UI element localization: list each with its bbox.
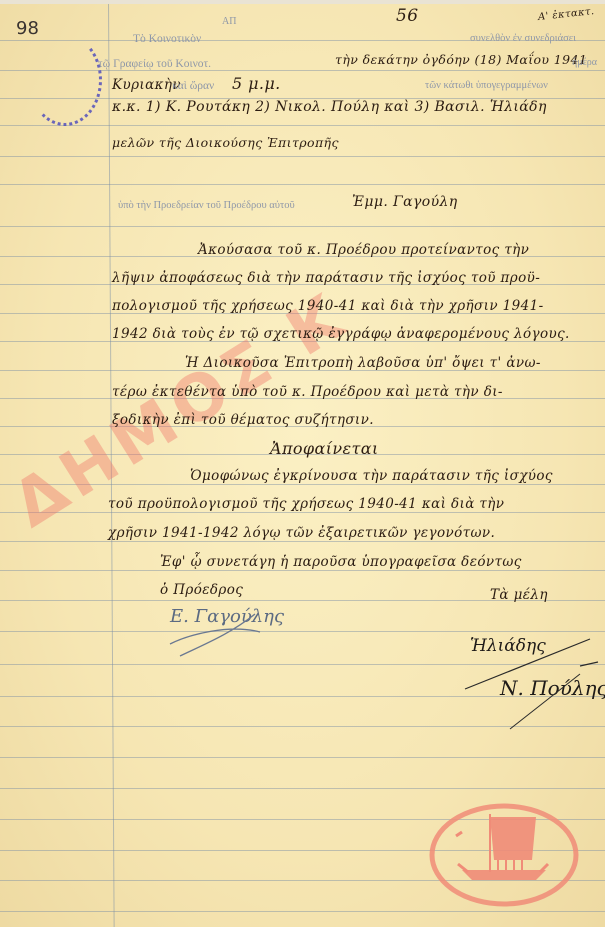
paragraph1-line4: 1942 διὰ τοὺς ἐν τῷ σχετικῷ ἐγγράφῳ ἀναφ… — [112, 326, 570, 342]
president-label: ὁ Πρόεδρος — [160, 582, 243, 598]
printed-undersigned-label: τῶν κάτωθι ὑπογεγραμμένων — [425, 80, 548, 91]
page-number: 98 — [16, 18, 39, 39]
paragraph3-line1: Ὁμοφώνως ἐγκρίνουσα τὴν παράτασιν τῆς ἰσ… — [190, 468, 553, 484]
blue-seal-stamp-icon — [28, 34, 102, 126]
member-signatures-strokes — [460, 634, 600, 734]
ship-stamp-icon — [428, 802, 580, 908]
handwritten-session-type: Α' ἐκτακτ. — [538, 6, 595, 23]
decision-heading: Ἀποφαίνεται — [270, 439, 379, 458]
printed-day-label: ἡμέρα — [572, 57, 597, 68]
handwritten-date: τὴν δεκάτην ὀγδόην (18) Μαΐου 1941 — [335, 52, 587, 67]
printed-header-top: ΑΠ — [222, 16, 236, 27]
printed-hour-label: καὶ ὥραν — [172, 80, 214, 92]
printed-community-label: Τὸ Κοινοτικὸν — [133, 33, 201, 45]
printed-session-label: συνελθὸν ἐν συνεδριάσει — [470, 33, 576, 44]
paragraph2-line3: ξοδικὴν ἐπὶ τοῦ θέματος συζήτησιν. — [112, 412, 374, 428]
folio-number: 56 — [396, 6, 418, 26]
paragraph1-line1: Ἀκούσασα τοῦ κ. Προέδρου προτείναντος τὴ… — [198, 242, 529, 258]
president-signature-flourish — [160, 604, 270, 664]
closing-formula: Ἐφ' ᾧ συνετάγη ἡ παροῦσα ὑπογραφεῖσα δεό… — [160, 554, 522, 570]
handwritten-members-role: μελῶν τῆς Διοικούσης Ἐπιτροπῆς — [112, 135, 339, 150]
document-page: ΔΗΜΟΣ Κ 98 56 ΑΠ Τὸ Κοινοτικὸν συνελθὸν … — [0, 0, 605, 927]
paragraph1-line2: λῆψιν ἀποφάσεως διὰ τὴν παράτασιν τῆς ἰσ… — [112, 270, 540, 286]
handwritten-members: κ.κ. 1) Κ. Ρουτάκη 2) Νικολ. Πούλη καὶ 3… — [112, 99, 547, 115]
handwritten-president-name: Ἐμμ. Γαγούλη — [352, 194, 458, 210]
paragraph3-line3: χρῆσιν 1941-1942 λόγῳ τῶν ἐξαιρετικῶν γε… — [108, 525, 495, 541]
members-label: Τὰ μέλη — [490, 587, 548, 603]
paragraph1-line3: πολογισμοῦ τῆς χρήσεως 1940-41 καὶ διὰ τ… — [112, 298, 544, 314]
printed-office-label: τῷ Γραφείῳ τοῦ Κοινοτ. — [98, 58, 211, 70]
handwritten-weekday: Κυριακὴν — [112, 77, 181, 93]
printed-presidency-label: ὑπὸ τὴν Προεδρείαν τοῦ Προέδρου αὐτοῦ — [118, 200, 295, 211]
paragraph3-line2: τοῦ προϋπολογισμοῦ τῆς χρήσεως 1940-41 κ… — [108, 496, 504, 512]
paragraph2-line1: Ἡ Διοικοῦσα Ἐπιτροπὴ λαβοῦσα ὑπ' ὄψει τ'… — [185, 355, 541, 371]
paragraph2-line2: τέρω ἐκτεθέντα ὑπὸ τοῦ κ. Προέδρου καὶ μ… — [112, 384, 503, 400]
handwritten-time: 5 μ.μ. — [232, 74, 281, 93]
